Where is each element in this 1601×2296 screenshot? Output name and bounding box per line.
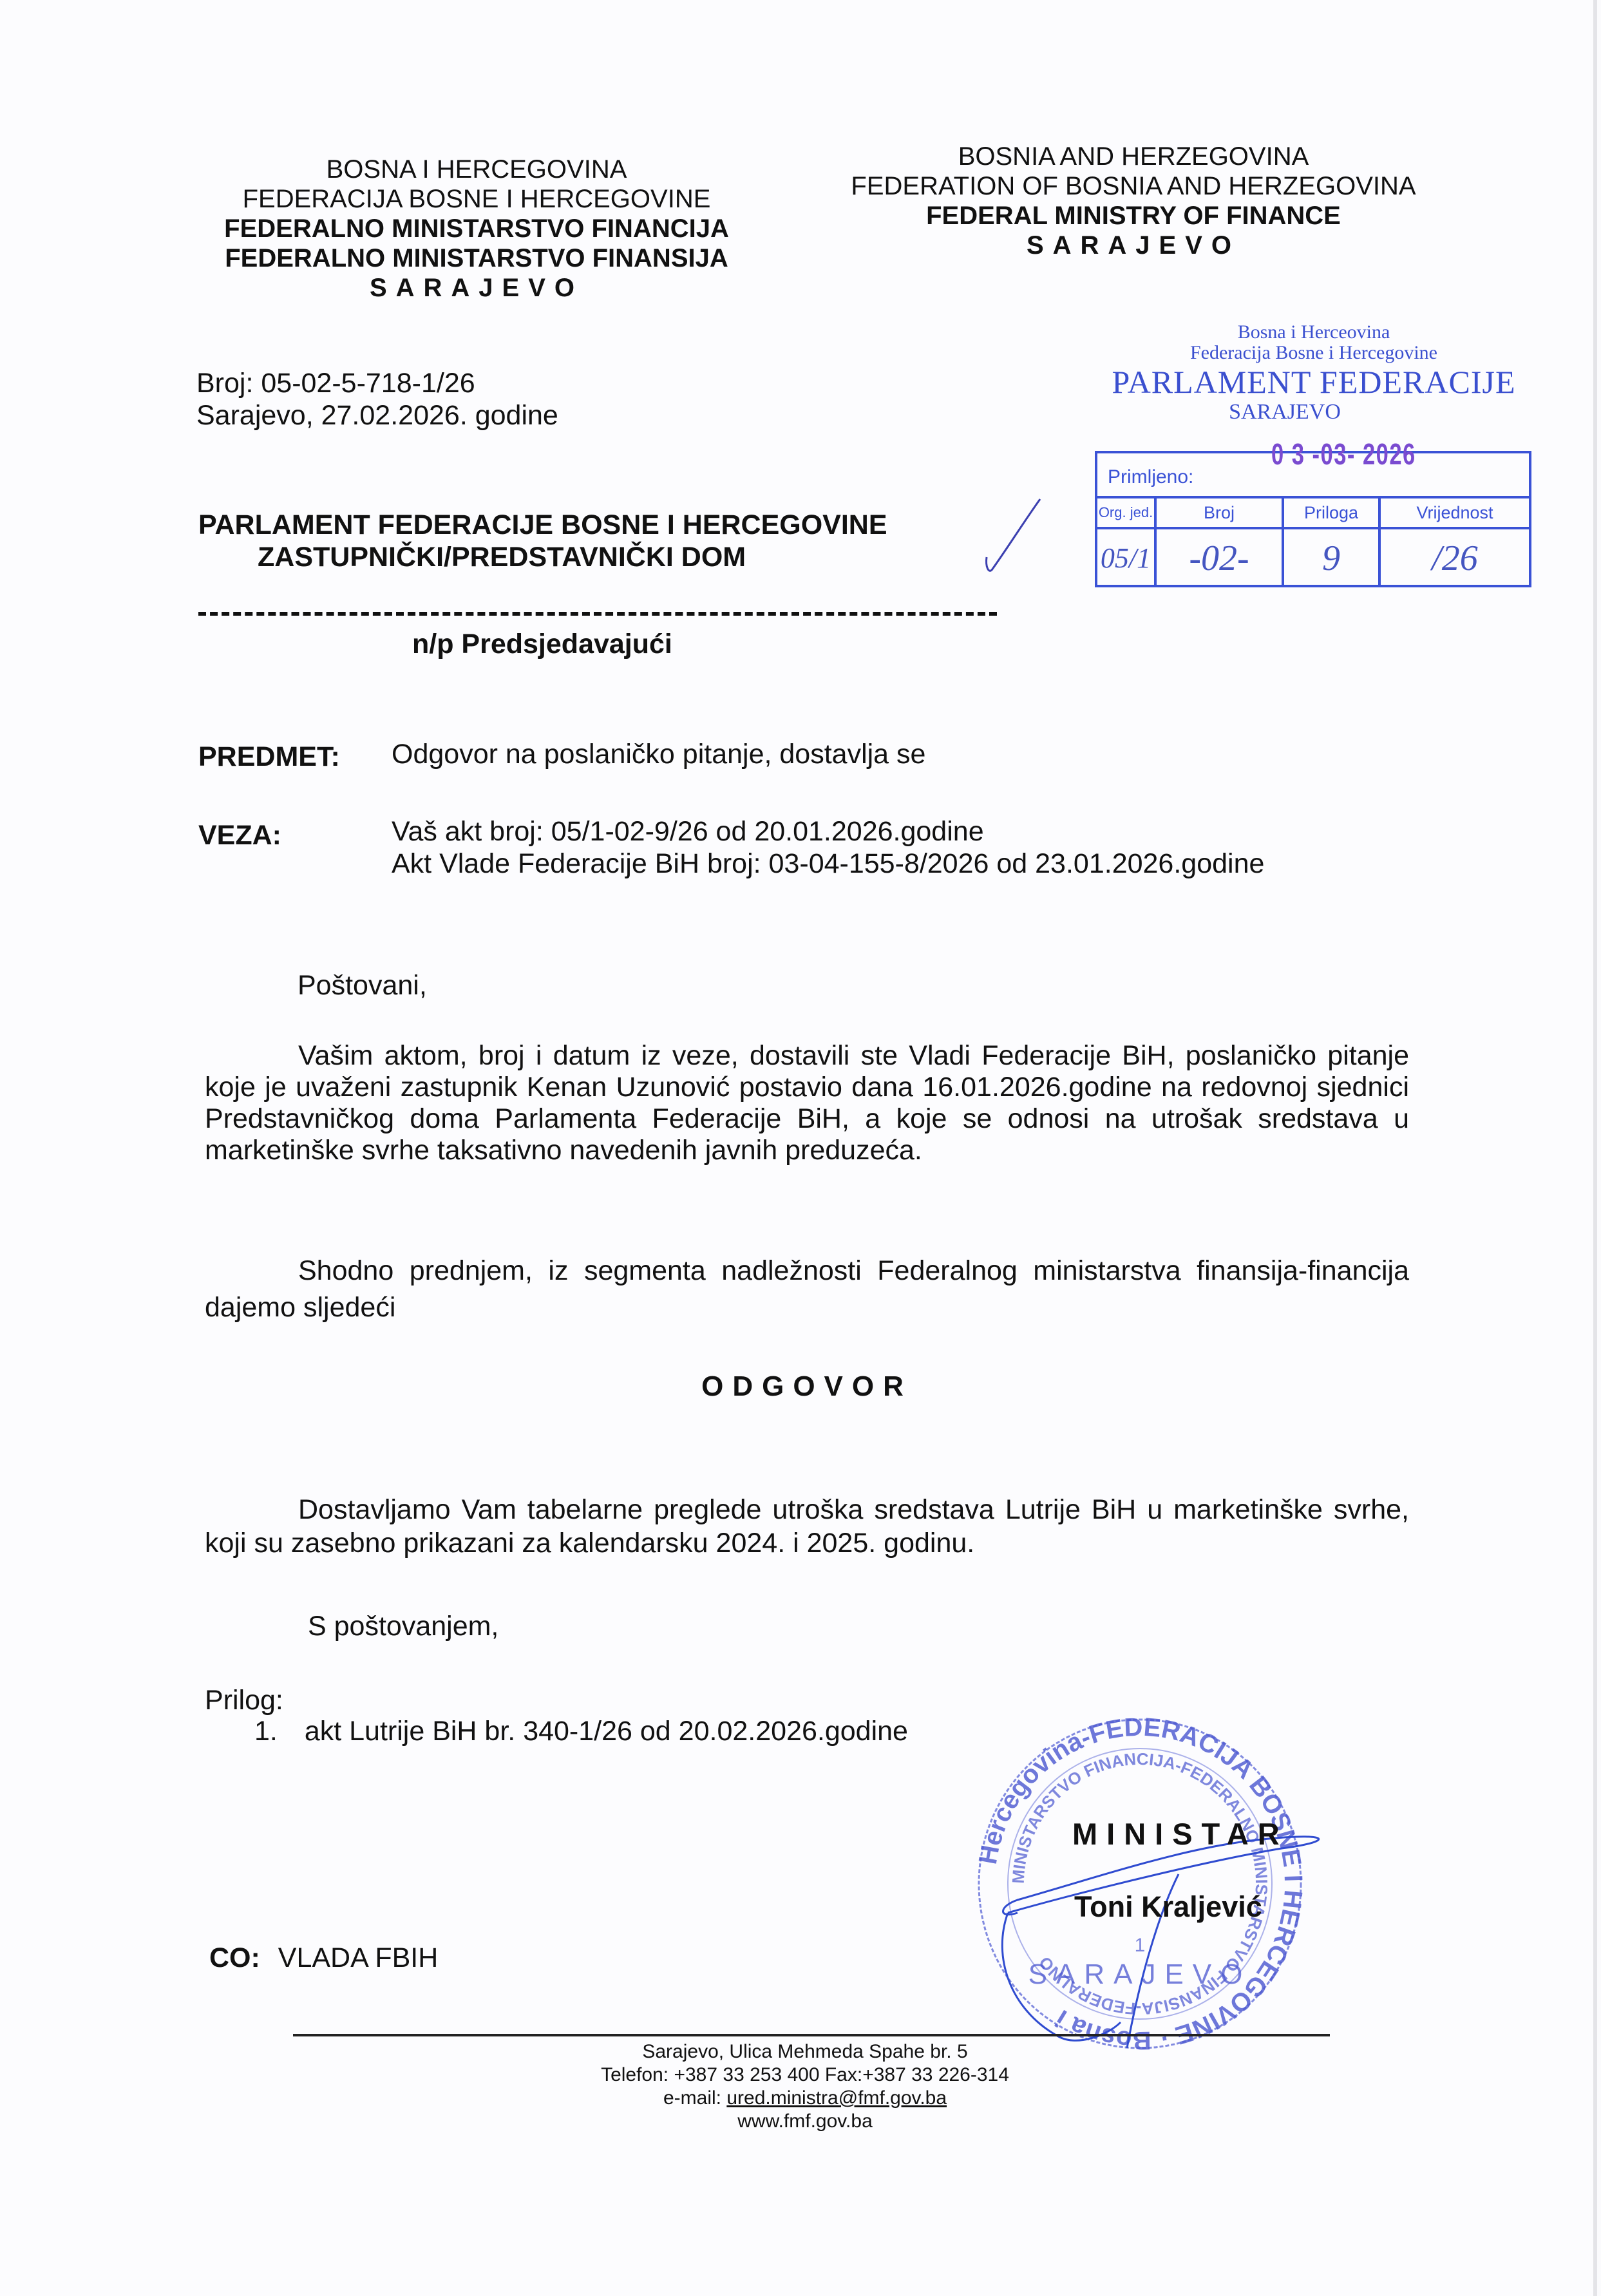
stamp-city: SARAJEVO — [1037, 401, 1533, 424]
subject-label: PREDMET: — [198, 741, 340, 773]
stamp-line2: Federacija Bosne i Hercegovine — [1095, 343, 1533, 363]
dashed-separator — [198, 612, 997, 616]
official-seal-icon: Hercegovina-FEDERACIJA BOSNE I HERCEGOVI… — [947, 1700, 1333, 2061]
link-item: Akt Vlade Federacije BiH broj: 03-04-155… — [392, 848, 1264, 880]
footer-email-link[interactable]: ured.ministra@fmf.gov.ba — [726, 2087, 947, 2109]
svg-text:1: 1 — [1135, 1935, 1146, 1956]
footer-website[interactable]: www.fmf.gov.ba — [547, 2110, 1063, 2133]
signature-name: Toni Kraljević — [1074, 1890, 1262, 1924]
attachment-number: 1. — [254, 1716, 278, 1747]
header-left-ministry: FEDERALNO MINISTARSTVO FINANCIJA — [200, 214, 753, 243]
receipt-stamp-table: Primljeno: 0 3 -03- 2026 Org. jed. Broj … — [1095, 451, 1531, 587]
closing: S poštovanjem, — [308, 1610, 498, 1642]
header-left: BOSNA I HERCEGOVINA FEDERACIJA BOSNE I H… — [200, 155, 753, 303]
stamp-col-org: Org. jed. — [1097, 498, 1157, 529]
stamp-received-date: 0 3 -03- 2026 — [1271, 437, 1416, 471]
footer-separator — [293, 2034, 1330, 2036]
reference-place-date: Sarajevo, 27.02.2026. godine — [196, 399, 558, 432]
attachment-text: akt Lutrije BiH br. 340-1/26 od 20.02.20… — [305, 1716, 908, 1747]
header-left-city: SARAJEVO — [200, 273, 753, 303]
stamp-value-broj: -02- — [1157, 529, 1284, 587]
header-right-line: BOSNIA AND HERZEGOVINA — [818, 142, 1449, 171]
copy-label: CO: — [209, 1942, 260, 1973]
signature-title: MINISTAR — [1072, 1816, 1289, 1852]
stamp-col-broj: Broj — [1157, 498, 1284, 529]
footer-address: Sarajevo, Ulica Mehmeda Spahe br. 5 — [547, 2040, 1063, 2064]
stamp-col-vrijednost: Vrijednost — [1381, 498, 1529, 529]
footer: Sarajevo, Ulica Mehmeda Spahe br. 5 Tele… — [547, 2040, 1063, 2133]
stamp-line1: Bosna i Herceovina — [1095, 322, 1533, 343]
body-paragraph-1: Vašim aktom, broj i datum iz veze, dosta… — [205, 1040, 1409, 1166]
link-item: Vaš akt broj: 05/1-02-9/26 od 20.01.2026… — [392, 815, 1264, 848]
addressee-line2: ZASTUPNIČKI/PREDSTAVNIČKI DOM — [258, 541, 887, 573]
footer-email-label: e-mail: — [663, 2087, 726, 2109]
stamp-col-priloga: Priloga — [1284, 498, 1381, 529]
body-paragraph-3: Dostavljamo Vam tabelarne preglede utroš… — [205, 1493, 1409, 1560]
handwritten-checkmark-icon — [972, 496, 1050, 580]
stamp-received-label: Primljeno: — [1108, 466, 1193, 488]
header-left-ministry: FEDERALNO MINISTARSTVO FINANSIJA — [200, 243, 753, 273]
addressee-attention: n/p Predsjedavajući — [412, 628, 672, 660]
links-list: Vaš akt broj: 05/1-02-9/26 od 20.01.2026… — [392, 815, 1264, 880]
stamp-value-priloga: 9 — [1284, 529, 1381, 587]
links-label: VEZA: — [198, 819, 281, 851]
receipt-stamp: Bosna i Herceovina Federacija Bosne i He… — [1095, 322, 1533, 424]
reference-block: Broj: 05-02-5-718-1/26 Sarajevo, 27.02.2… — [196, 367, 558, 432]
footer-email-line: e-mail: ured.ministra@fmf.gov.ba — [547, 2087, 1063, 2110]
answer-heading: ODGOVOR — [205, 1371, 1409, 1403]
subject-text: Odgovor na poslaničko pitanje, dostavlja… — [392, 738, 925, 770]
addressee: PARLAMENT FEDERACIJE BOSNE I HERCEGOVINE… — [198, 509, 887, 573]
copy-text: VLADA FBIH — [278, 1942, 439, 1973]
header-right: BOSNIA AND HERZEGOVINA FEDERATION OF BOS… — [818, 142, 1449, 260]
stamp-value-vrijednost: /26 — [1381, 529, 1529, 587]
attachment-item: 1. akt Lutrije BiH br. 340-1/26 od 20.02… — [254, 1715, 908, 1747]
stamp-title: PARLAMENT FEDERACIJE — [1095, 363, 1533, 401]
footer-phone-fax: Telefon: +387 33 253 400 Fax:+387 33 226… — [547, 2064, 1063, 2087]
addressee-line1: PARLAMENT FEDERACIJE BOSNE I HERCEGOVINE — [198, 509, 887, 541]
header-right-city: SARAJEVO — [818, 231, 1449, 260]
copy-to: CO: VLADA FBIH — [209, 1942, 438, 1974]
stamp-value-org: 05/1 — [1097, 529, 1157, 587]
header-right-line: FEDERATION OF BOSNIA AND HERZEGOVINA — [818, 171, 1449, 201]
body-paragraph-2: Shodno prednjem, iz segmenta nadležnosti… — [205, 1253, 1409, 1326]
header-left-line: FEDERACIJA BOSNE I HERCEGOVINE — [200, 184, 753, 214]
header-right-ministry: FEDERAL MINISTRY OF FINANCE — [818, 201, 1449, 231]
salutation: Poštovani, — [298, 969, 427, 1001]
reference-number: Broj: 05-02-5-718-1/26 — [196, 367, 558, 399]
attachments-label: Prilog: — [205, 1684, 283, 1716]
header-left-line: BOSNA I HERCEGOVINA — [200, 155, 753, 184]
